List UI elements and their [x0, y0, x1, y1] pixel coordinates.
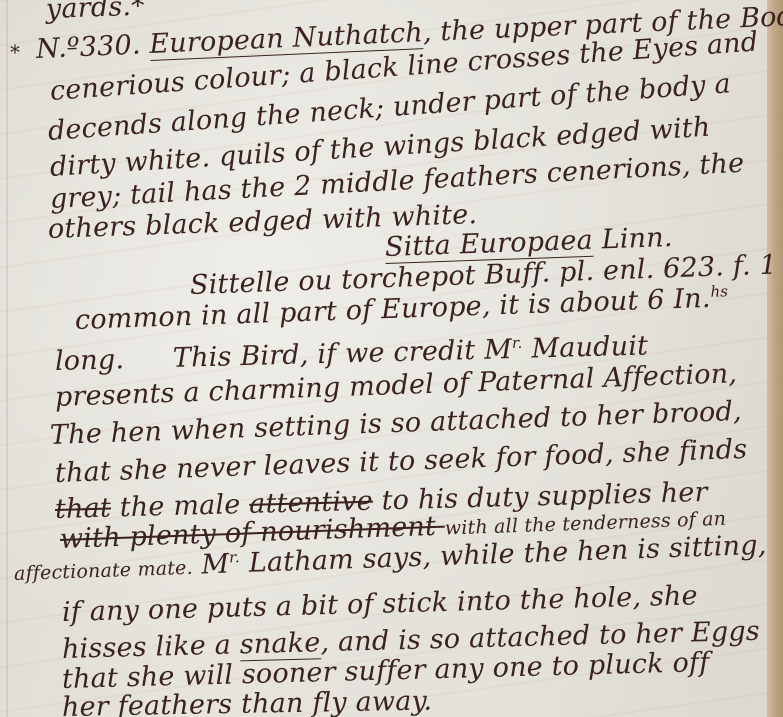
entry-number: N.º330.	[35, 29, 141, 65]
line-text: her feathers than fly away.	[62, 686, 433, 717]
text-line-21: her feathers than fly away.	[62, 686, 433, 717]
line-lead: long.	[55, 344, 125, 377]
struck-word: that	[55, 493, 112, 525]
superscript: r.	[229, 548, 240, 566]
underlined-word: snake	[239, 627, 320, 661]
line-text-rest: Mauduit	[522, 330, 648, 364]
manuscript-page: * qirrrro. yards.* N.º330. European Nuth…	[0, 0, 783, 717]
superscript: r.	[512, 334, 523, 352]
line-text: M	[201, 548, 230, 580]
text-line-1: yards.*	[45, 0, 145, 25]
superscript: hs	[710, 282, 728, 301]
manuscript-text: yards.* N.º330. European Nuthatch, the u…	[0, 0, 783, 717]
marginal-insertion: affectionate mate.	[14, 557, 193, 585]
taxonomic-authority: Linn.	[592, 222, 673, 256]
line-text: yards.*	[45, 0, 145, 25]
